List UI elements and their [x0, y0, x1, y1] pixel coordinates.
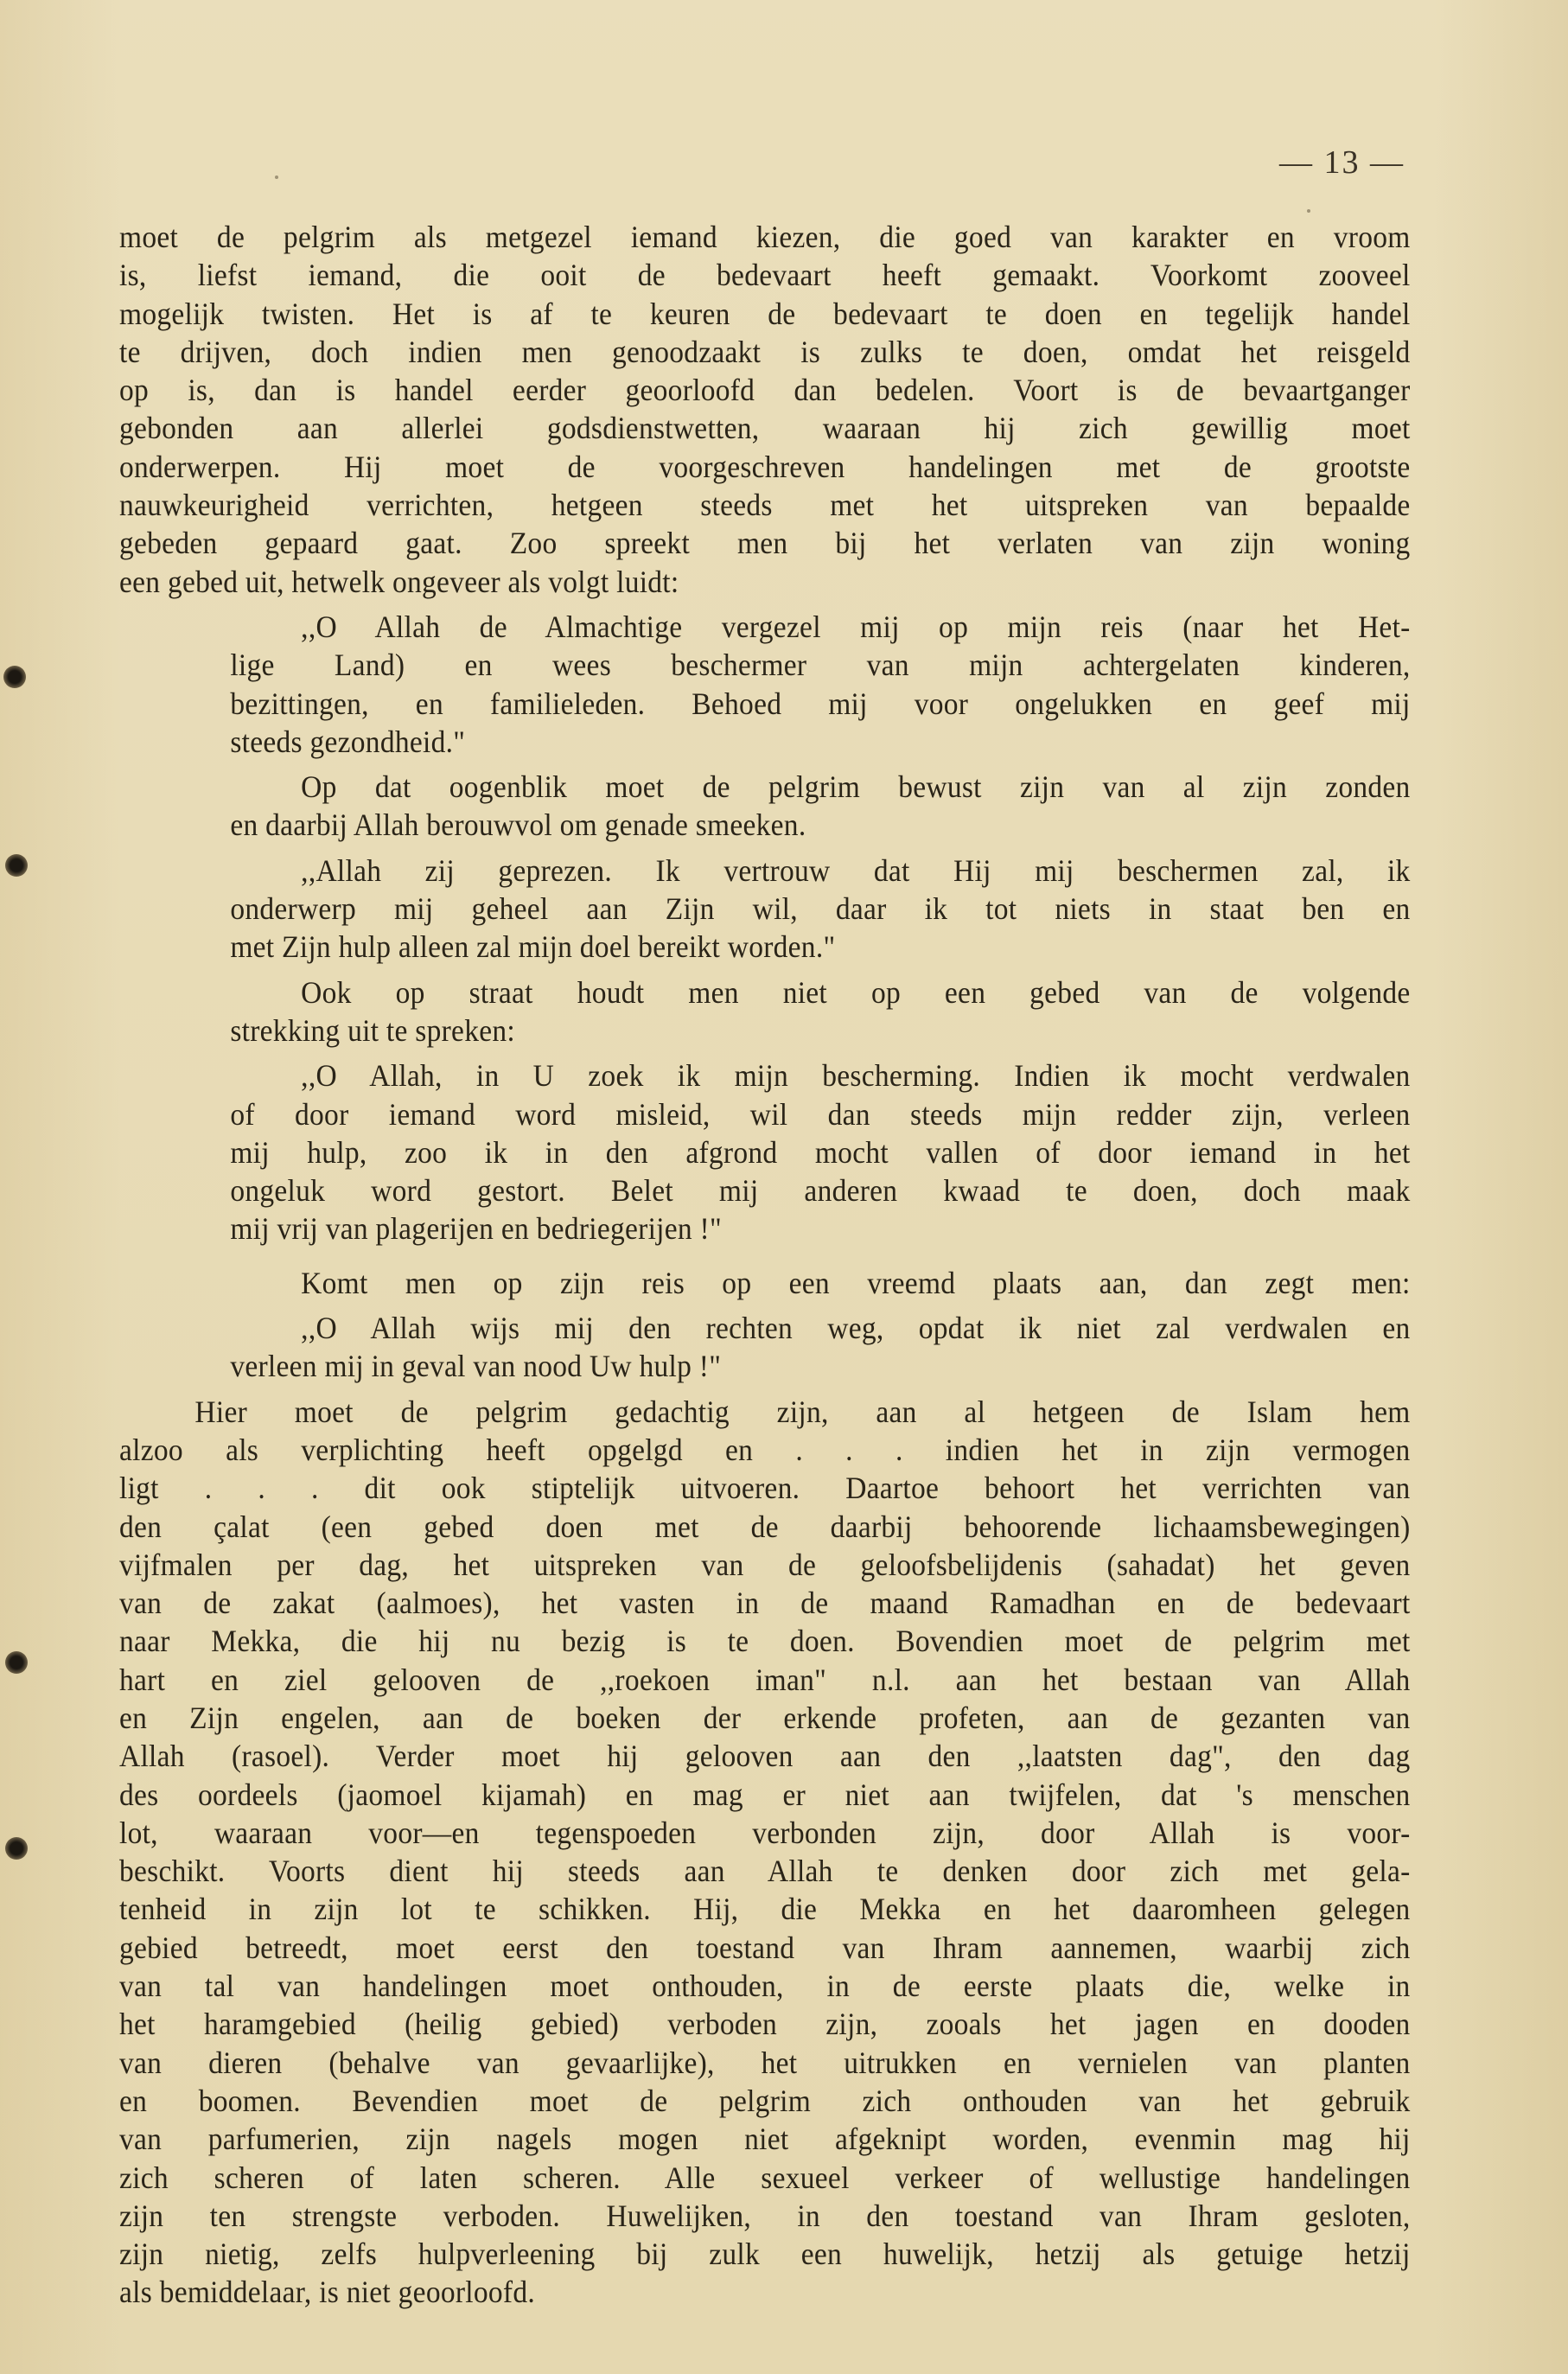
text-line: mij vrij van plagerijen en bedriegerijen… — [119, 1209, 1411, 1248]
paper-speck — [275, 175, 278, 179]
text-line: Ook op straat houdt men niet op een gebe… — [119, 973, 1411, 1012]
text-line: mogelijk twisten. Het is af te keuren de… — [119, 295, 1411, 333]
text-line: vijfmalen per dag, het uitspreken van de… — [119, 1546, 1411, 1584]
text-line: steeds gezondheid." — [119, 723, 1411, 761]
text-line: onderwerp mij geheel aan Zijn wil, daar … — [119, 890, 1411, 928]
text-line: of door iemand word misleid, wil dan ste… — [119, 1095, 1411, 1133]
text-line: van dieren (behalve van gevaarlijke), he… — [119, 2044, 1411, 2082]
text-line: den çalat (een gebed doen met de daarbij… — [119, 1508, 1411, 1546]
punch-hole-mark — [5, 854, 28, 877]
text-line: alzoo als verplichting heeft opgelgd en … — [119, 1431, 1411, 1469]
text-line: des oordeels (jaomoel kijamah) en mag er… — [119, 1776, 1411, 1814]
punch-hole-mark — [5, 1651, 28, 1674]
document-body: moet de pelgrim als metgezel iemand kiez… — [119, 218, 1411, 2312]
text-line: bezittingen, en familieleden. Behoed mij… — [119, 685, 1411, 723]
paper-speck — [1307, 209, 1310, 213]
text-line: een gebed uit, hetwelk ongeveer als volg… — [119, 563, 1411, 601]
text-line: lige Land) en wees beschermer van mijn a… — [119, 646, 1411, 684]
prayer-quote-guidance: ,,O Allah wijs mij den rechten weg, opda… — [119, 1309, 1411, 1386]
text-line: is, liefst iemand, die ooit de bedevaart… — [119, 256, 1411, 294]
prayer-quote-departure: ,,O Allah de Almachtige vergezel mij op … — [119, 608, 1411, 761]
text-line: van tal van handelingen moet onthouden, … — [119, 1967, 1411, 2005]
text-line: lot, waaraan voor—en tegenspoeden verbon… — [119, 1814, 1411, 1852]
text-line: tenheid in zijn lot te schikken. Hij, di… — [119, 1890, 1411, 1928]
text-line: en boomen. Bevendien moet de pelgrim zic… — [119, 2082, 1411, 2120]
text-line: gebied betreedt, moet eerst den toestand… — [119, 1929, 1411, 1967]
text-line: met Zijn hulp alleen zal mijn doel berei… — [119, 928, 1411, 966]
text-line: strekking uit te spreken: — [119, 1012, 1411, 1050]
text-line: te drijven, doch indien men genoodzaakt … — [119, 333, 1411, 371]
paragraph-continuation: moet de pelgrim als metgezel iemand kiez… — [119, 218, 1411, 601]
text-line: onderwerpen. Hij moet de voorgeschreven … — [119, 448, 1411, 486]
text-line: moet de pelgrim als metgezel iemand kiez… — [119, 218, 1411, 256]
prayer-quote-protection: ,,O Allah, in U zoek ik mijn bescherming… — [119, 1056, 1411, 1248]
text-line: ongeluk word gestort. Belet mij anderen … — [119, 1171, 1411, 1209]
text-line: Op dat oogenblik moet de pelgrim bewust … — [119, 768, 1411, 806]
text-line: zijn nietig, zelfs hulpverleening bij zu… — [119, 2235, 1411, 2273]
text-line: gebeden gepaard gaat. Zoo spreekt men bi… — [119, 524, 1411, 562]
punch-hole-mark — [5, 1837, 28, 1860]
text-line: het haramgebied (heilig gebied) verboden… — [119, 2005, 1411, 2043]
text-line: en Zijn engelen, aan de boeken der erken… — [119, 1699, 1411, 1737]
text-line: van de zakat (aalmoes), het vasten in de… — [119, 1584, 1411, 1622]
text-line: hart en ziel gelooven de ,,roekoen iman"… — [119, 1661, 1411, 1699]
text-line: beschikt. Voorts dient hij steeds aan Al… — [119, 1852, 1411, 1890]
paragraph-street: Ook op straat houdt men niet op een gebe… — [119, 973, 1411, 1050]
text-line: ligt . . . dit ook stiptelijk uitvoeren.… — [119, 1469, 1411, 1507]
text-line: verleen mij in geval van nood Uw hulp !" — [119, 1347, 1411, 1385]
text-line: op is, dan is handel eerder geoorloofd d… — [119, 371, 1411, 409]
paragraph-obligations: Hier moet de pelgrim gedachtig zijn, aan… — [119, 1393, 1411, 2312]
text-line: Hier moet de pelgrim gedachtig zijn, aan… — [119, 1393, 1411, 1431]
paragraph-arrival: Komt men op zijn reis op een vreemd plaa… — [119, 1264, 1411, 1302]
text-line: gebonden aan allerlei godsdienstwetten, … — [119, 409, 1411, 447]
text-line: mij hulp, zoo ik in den afgrond mocht va… — [119, 1133, 1411, 1171]
text-line: en daarbij Allah berouwvol om genade sme… — [119, 806, 1411, 844]
text-line: ,,O Allah wijs mij den rechten weg, opda… — [119, 1309, 1411, 1347]
text-line: van parfumerien, zijn nagels mogen niet … — [119, 2120, 1411, 2158]
text-line: als bemiddelaar, is niet geoorloofd. — [119, 2273, 1411, 2311]
text-line: nauwkeurigheid verrichten, hetgeen steed… — [119, 486, 1411, 524]
text-line: Allah (rasoel). Verder moet hij gelooven… — [119, 1737, 1411, 1775]
text-line: zich scheren of laten scheren. Alle sexu… — [119, 2159, 1411, 2197]
page-number: — 13 — — [1279, 144, 1405, 182]
text-line: ,,O Allah de Almachtige vergezel mij op … — [119, 608, 1411, 646]
text-line: naar Mekka, die hij nu bezig is te doen.… — [119, 1622, 1411, 1660]
text-line: Komt men op zijn reis op een vreemd plaa… — [119, 1264, 1411, 1302]
paragraph-repentance: Op dat oogenblik moet de pelgrim bewust … — [119, 768, 1411, 845]
prayer-quote-praise: ,,Allah zij geprezen. Ik vertrouw dat Hi… — [119, 852, 1411, 967]
punch-hole-mark — [3, 666, 26, 688]
text-line: ,,Allah zij geprezen. Ik vertrouw dat Hi… — [119, 852, 1411, 890]
text-line: zijn ten strengste verboden. Huwelijken,… — [119, 2197, 1411, 2235]
text-line: ,,O Allah, in U zoek ik mijn bescherming… — [119, 1056, 1411, 1094]
